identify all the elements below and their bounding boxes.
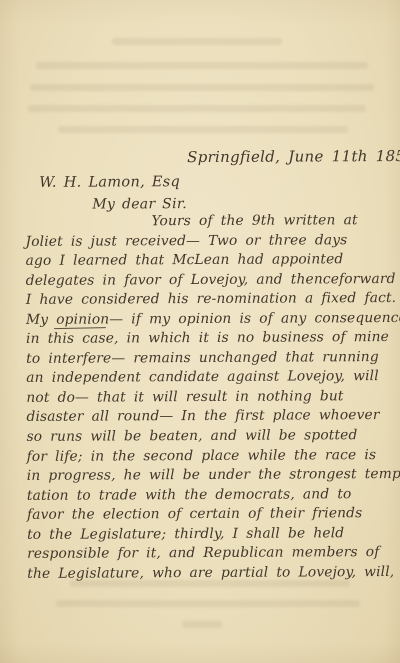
letter-page: Springfield, June 11th 1858 W. H. Lamon,…: [0, 0, 400, 663]
letter-line: ago I learned that McLean had appointed: [26, 251, 396, 272]
letter-line: in progress, he will be under the strong…: [27, 466, 397, 487]
letter-line: I have considered his re-nomination a fi…: [26, 290, 396, 311]
letter-line: in this case, in which it is no business…: [26, 329, 396, 350]
letter-line: so runs will be beaten, and will be spot…: [27, 427, 397, 448]
letter-line: not do— that it will result in nothing b…: [26, 388, 396, 409]
letter-line: to interfere— remains unchanged that run…: [26, 349, 396, 370]
letter-line: tation to trade with the democrats, and …: [27, 486, 397, 507]
letter-line: responsible for it, and Republican membe…: [27, 544, 397, 565]
letter-salutation: My dear Sir.: [92, 196, 187, 212]
letter-line: to the Legislature; thirdly, I shall be …: [27, 525, 397, 546]
letter-dateline: Springfield, June 11th 1858: [187, 147, 400, 166]
letter-line: an independent candidate against Lovejoy…: [26, 368, 396, 389]
letter-line: the Legislature, who are partial to Love…: [27, 564, 397, 585]
letter-line: Joliet is just received— Two or three da…: [25, 232, 395, 253]
letter-line: for life; in the second place while the …: [27, 447, 397, 468]
letter-recipient: W. H. Lamon, Esq: [39, 174, 180, 191]
letter-line: delegates in favor of Lovejoy, and thenc…: [26, 271, 396, 292]
letter-line: favor the election of certain of their f…: [27, 505, 397, 526]
letter-line: Yours of the 9th written at: [25, 212, 395, 233]
letter-line: disaster all round— In the first place w…: [26, 407, 396, 428]
letter-body: Yours of the 9th written atJoliet is jus…: [25, 212, 397, 585]
letter-content: Springfield, June 11th 1858 W. H. Lamon,…: [0, 0, 400, 663]
